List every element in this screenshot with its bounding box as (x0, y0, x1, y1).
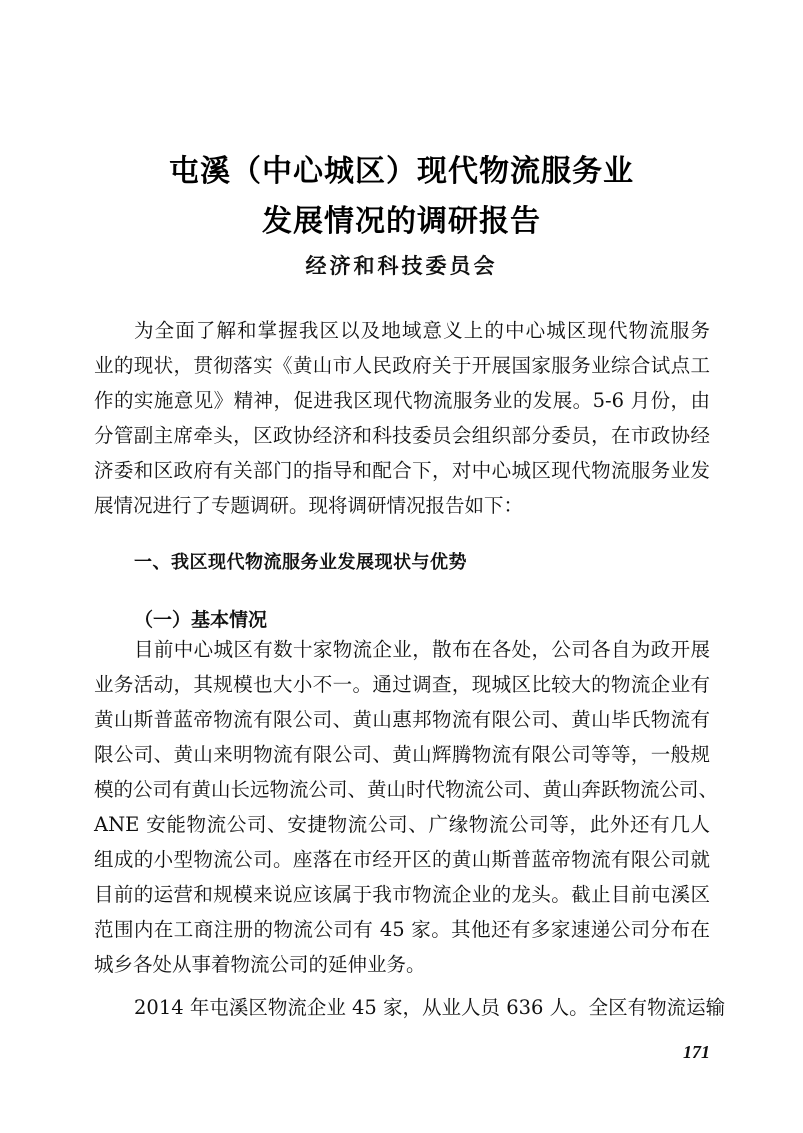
text-line: 业的现状，贯彻落实《黄山市人民政府关于开展国家服务业综合试点工 (94, 348, 710, 383)
document-title-line2: 发展情况的调研报告 (0, 196, 803, 240)
text-line: 业务活动，其规模也大小不一。通过调查，现城区比较大的物流企业有 (94, 667, 710, 702)
text-line: 范围内在工商注册的物流公司有 45 家。其他还有多家速递公司分布在 (94, 912, 710, 947)
text-line: 2014 年屯溪区物流企业 45 家，从业人员 636 人。全区有物流运输 (134, 990, 710, 1025)
document-author: 经济和科技委员会 (0, 250, 803, 280)
text-line: 展情况进行了专题调研。现将调研情况报告如下： (94, 488, 710, 523)
text-line: 为全面了解和掌握我区以及地域意义上的中心城区现代物流服务 (134, 313, 710, 348)
text-line: 黄山斯普蓝帝物流有限公司、黄山惠邦物流有限公司、黄山毕氏物流有 (94, 702, 710, 737)
text-line: 模的公司有黄山长远物流公司、黄山时代物流公司、黄山奔跃物流公司、 (94, 772, 710, 807)
document-title-line1: 屯溪（中心城区）现代物流服务业 (0, 146, 803, 190)
text-line: 目前中心城区有数十家物流企业，散布在各处，公司各自为政开展 (134, 632, 710, 667)
text-line: 分管副主席牵头，区政协经济和科技委员会组织部分委员，在市政协经 (94, 418, 710, 453)
text-line: 城乡各处从事着物流公司的延伸业务。 (94, 947, 710, 982)
text-line: 作的实施意见》精神，促进我区现代物流服务业的发展。5-6 月份，由 (94, 383, 710, 418)
subsection-heading: （一）基本情况 (134, 605, 267, 632)
section-heading: 一、我区现代物流服务业发展现状与优势 (134, 548, 467, 574)
text-line: 济委和区政府有关部门的指导和配合下，对中心城区现代物流服务业发 (94, 453, 710, 488)
text-line: 目前的运营和规模来说应该属于我市物流企业的龙头。截止目前屯溪区 (94, 877, 710, 912)
document-page: 屯溪（中心城区）现代物流服务业 发展情况的调研报告 经济和科技委员会 为全面了解… (0, 0, 803, 1133)
text-line: 组成的小型物流公司。座落在市经开区的黄山斯普蓝帝物流有限公司就 (94, 842, 710, 877)
text-line: 限公司、黄山来明物流有限公司、黄山辉腾物流有限公司等等，一般规 (94, 737, 710, 772)
text-line: ANE 安能物流公司、安捷物流公司、广缘物流公司等，此外还有几人 (94, 807, 710, 842)
page-number: 171 (683, 1042, 710, 1063)
